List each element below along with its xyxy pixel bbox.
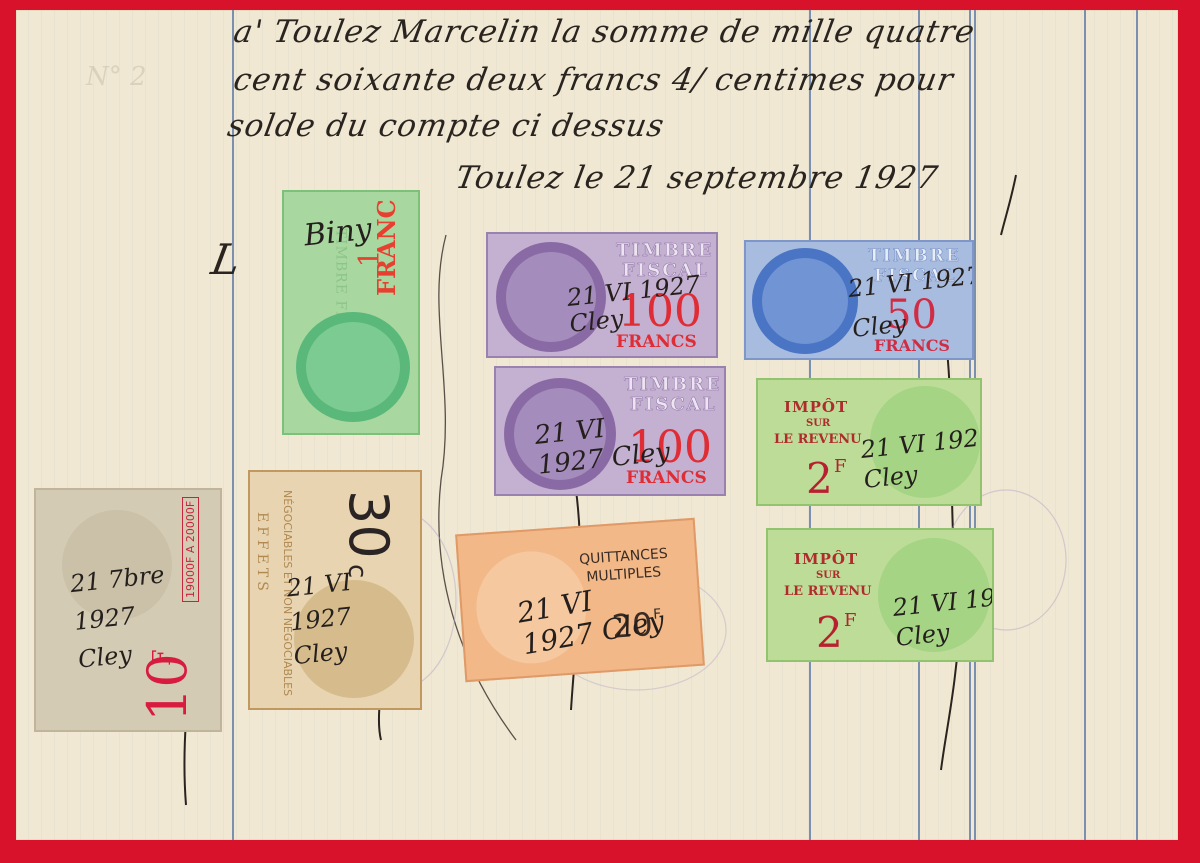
stamp-1-franc: TIMBRE FISCAL 1 FRANC Biny (282, 190, 420, 435)
stamp-impot-2f-b: IMPÔT SUR LE REVENU 2 F 21 VI 1927 Cley (766, 528, 994, 662)
stamp-line-1: IMPÔT (794, 550, 858, 568)
stamp-fiscal-100-b: TIMBRE FISCAL 100 FRANCS 21 VI 1927 Cley (494, 366, 726, 496)
stamp-unit: F (834, 456, 847, 477)
stamp-impot-2f-a: IMPÔT SUR LE REVENU 2 F 21 VI 1927 Cley (756, 378, 982, 506)
stamp-quittances-20f: QUITTANCES MULTIPLES 20 F 21 VI 1927 Cle… (455, 518, 705, 682)
stamp-value: 30 (337, 490, 400, 559)
stamp-title-line-1: TIMBRE (616, 240, 714, 261)
receipt-paper: N° 2 L a' Toulez Marcelin la somme de mi… (16, 10, 1178, 840)
stamp-line-3: LE REVENU (774, 432, 862, 447)
stamp-line-3: LE REVENU (784, 584, 872, 599)
stamp-unit: FRANCS (616, 332, 697, 352)
stamp-effets-30c: EFFETS NÉGOCIABLES ET NON NÉGOCIABLES 30… (248, 470, 422, 710)
stamp-annotation: Biny (303, 219, 373, 248)
stamp-annotation: 21 VI 1927 Cley (285, 565, 360, 673)
stamp-title-line-1: TIMBRE (624, 374, 722, 395)
stamp-annotation: 21 VI 1927 Cley (859, 421, 982, 495)
stamp-annotation: 21 VI 1927 Cley (846, 255, 974, 349)
stamp-annotation: 21 7bre 1927 Cley (68, 555, 174, 678)
stamp-unit: F (844, 610, 857, 631)
stamp-fiscal-50: TIMBRE FISCAL 50 FRANCS 21 VI 1927 Cley (744, 240, 974, 360)
stamp-unit: FRANCS (626, 468, 707, 488)
medallion-inner (762, 258, 848, 344)
stamp-line-1: EFFETS (254, 512, 270, 595)
stamp-fiscal-100-a: TIMBRE FISCAL 100 FRANCS 21 VI 1927 Cley (486, 232, 718, 358)
stamp-range: 19000F A 20000F (182, 497, 199, 602)
stamp-value: 2 (806, 454, 833, 503)
stamp-line-1: IMPÔT (784, 398, 848, 416)
stamp-line-2: SUR (806, 418, 830, 429)
stamp-value-unit: FRANC (372, 199, 401, 296)
stamp-line-2: SUR (816, 570, 840, 581)
stamp-value: 2 (816, 608, 843, 657)
stamp-grey-10f: 19000F A 20000F 10 F 21 7bre 1927 Cley (34, 488, 222, 732)
medallion-inner (306, 322, 400, 412)
